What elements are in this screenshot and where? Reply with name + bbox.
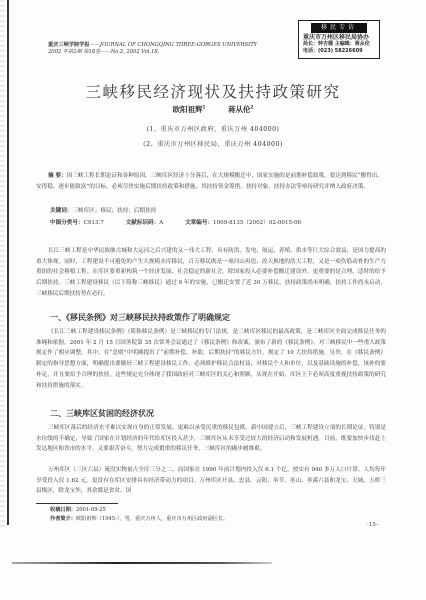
journal-name-cn: 重庆三峡学院学报 xyxy=(48,42,90,48)
stamp-phone: 电话：(023) 58226609 xyxy=(299,48,379,55)
clc-label: 中图分类号： xyxy=(50,220,84,226)
paper-title: 三峡移民经济现状及扶持政策研究 xyxy=(0,80,426,102)
author-2-marker: 2 xyxy=(251,105,254,110)
doc-code-label: 文献标识码： xyxy=(126,220,160,226)
section-2-paragraph-1: 三峡库区落后的经济水平难以实现自身的正常发展，更难以承受沉重的移民包袱。新中国建… xyxy=(36,423,386,455)
journal-header-line1: 重庆三峡学院学报——JOURNAL OF CHONGQING THREE-GOR… xyxy=(48,42,288,49)
journal-running-header: 重庆三峡学院学报——JOURNAL OF CHONGQING THREE-GOR… xyxy=(48,42,288,56)
section-1-paragraph: 《长江三峡工程建设移民条例》（简称移民条例）是三峡移民的专门法规，是三峡库区移民… xyxy=(36,327,386,391)
affiliation-1: (1、重庆市万州区政府，重庆万州 404000) xyxy=(0,124,426,133)
received-label: 收稿日期： xyxy=(50,507,76,513)
column-stamp-box: 移民专访 重庆市万州区移民局协办 局长：钟吉德 主编辑：蒋从伦 电话：(023)… xyxy=(298,20,380,59)
author-1-marker: 1 xyxy=(203,105,206,110)
binding-edge-line xyxy=(7,0,9,525)
section-2-heading: 二、三峡库区贫困的经济状况 xyxy=(50,408,154,419)
article-no-value: 1009-8135（2002）02-0015-06 xyxy=(213,220,301,226)
stamp-title: 移民专访 xyxy=(311,23,367,33)
author-bio-footnote: 作者简介：欧阳祖辉（1945-），男，重庆万州人，重庆市万州区政府副区长。 xyxy=(50,515,228,522)
received-date-footnote: 收稿日期：2001-09-25 xyxy=(50,506,106,513)
doc-code-value: A xyxy=(159,220,163,226)
keywords-line: 关键词：三峡库区；移民；扶持；后期扶持 xyxy=(50,206,156,214)
section-1-heading: 一、《移民条例》对三峡移民扶持政策作了明确规定 xyxy=(50,312,230,323)
abstract: 摘 要：因三峡工程长期论证和各种原因，三峡库区经济十分落后，在大规模搬迁中，国家… xyxy=(36,171,384,194)
author-1-name: 欧阳祖辉 xyxy=(173,105,203,114)
scan-bottom-edge xyxy=(12,562,272,564)
page-number: -15- xyxy=(367,522,378,528)
abstract-label: 摘 要： xyxy=(48,173,67,179)
footnote-divider xyxy=(36,503,118,504)
intro-paragraph: 长江三峡工程是中华民族继古城和大运河之后兴建的又一伟大工程，具有防洪、发电、航运… xyxy=(36,246,386,300)
affiliation-2: (2、重庆市万州区移民局，重庆万州 404000) xyxy=(0,139,426,148)
journal-header-line2: 2002 年第2期 第18卷——No.2, 2002 Vol.18. xyxy=(48,49,288,56)
classification-line: 中图分类号：C913.7 文献标识码：A 文章编号：1009-8135（2002… xyxy=(50,218,301,226)
abstract-text: 因三峡工程长期论证和各种原因，三峡库区经济十分落后，在大规模搬迁中，国家实施的是… xyxy=(36,173,383,190)
clc-value: C913.7 xyxy=(84,220,104,226)
keywords-text: 三峡库区；移民；扶持；后期扶持 xyxy=(72,208,156,214)
author-bio-value: 欧阳祖辉（1945-），男，重庆万州人，重庆市万州区政府副区长。 xyxy=(76,516,228,522)
stamp-staff: 局长：钟吉德 主编辑：蒋从伦 xyxy=(299,41,379,48)
author-2: 蒋从伦2 xyxy=(228,105,253,114)
author-1: 欧阳祖辉1 xyxy=(173,105,206,114)
article-no-label: 文章编号： xyxy=(185,220,213,226)
received-value: 2001-09-25 xyxy=(76,507,106,513)
journal-name-en: ——JOURNAL OF CHONGQING THREE-GORGES UNIV… xyxy=(90,42,258,48)
section-2-paragraph-2: 万州库区（三区六县）淹没实物量占全库三分之二，而国家在 1990 年前计划内投入… xyxy=(36,465,386,497)
author-2-name: 蒋从伦 xyxy=(228,105,251,114)
stamp-org: 重庆市万州区移民局协办 xyxy=(299,34,379,41)
author-bio-label: 作者简介： xyxy=(50,516,76,522)
keywords-label: 关键词： xyxy=(50,208,72,214)
author-list: 欧阳祖辉1 蒋从伦2 xyxy=(0,104,426,115)
